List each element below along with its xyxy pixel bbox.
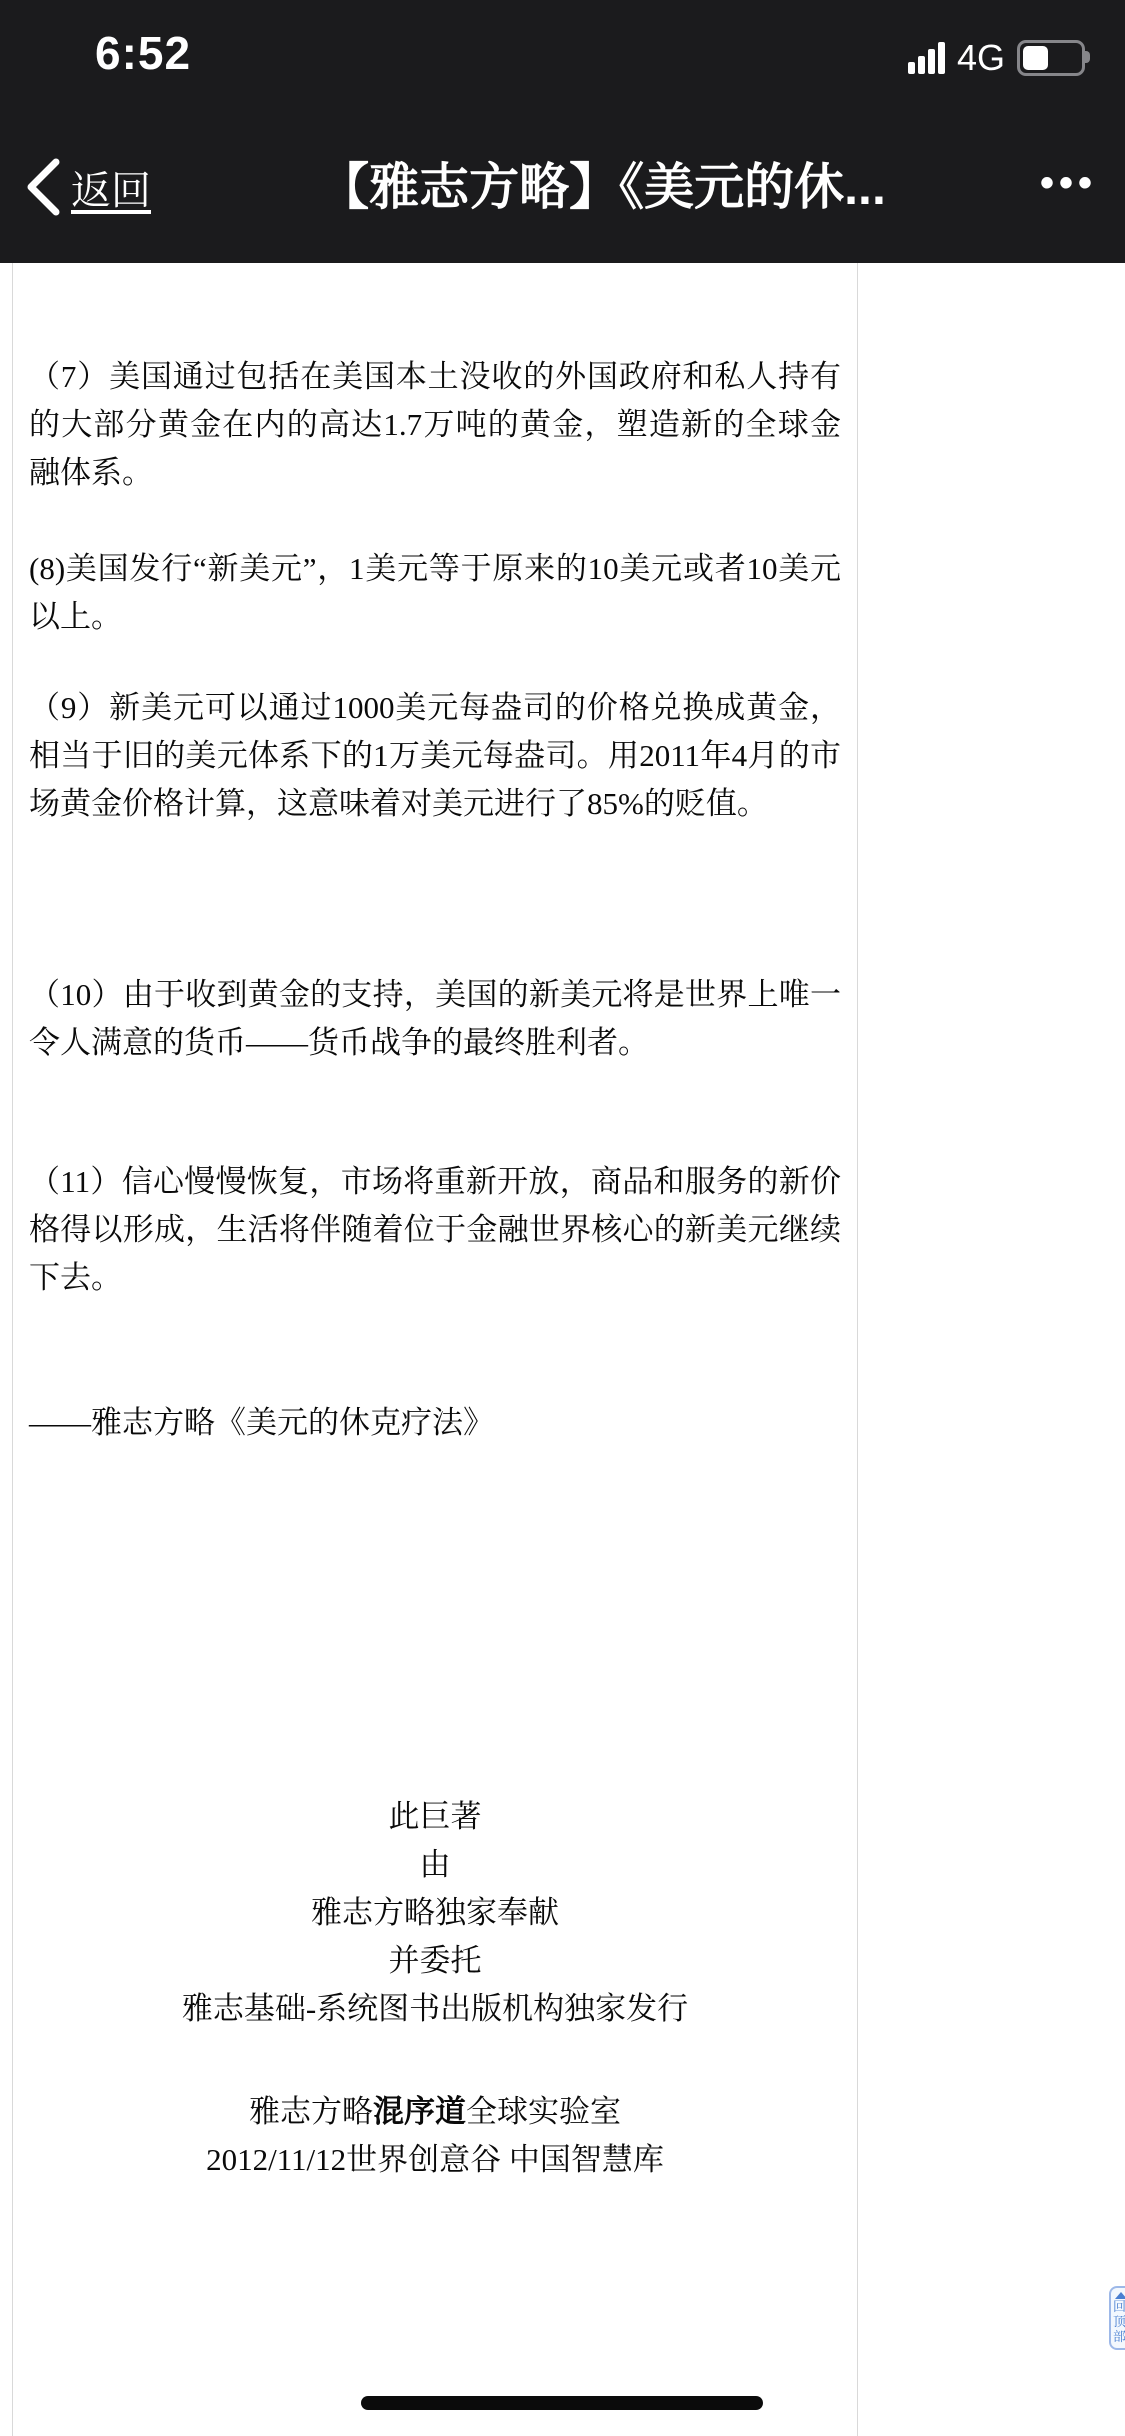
back-to-top-button[interactable]: 回顶部 xyxy=(1109,2286,1125,2350)
lab-line: 雅志方略混序道全球实验室 xyxy=(29,2088,841,2136)
battery-icon xyxy=(1017,40,1085,76)
iphone-screen: 6:52 4G 返回 【雅志方略】《美元的休... ••• （7）美国通过包括在… xyxy=(0,0,1125,2436)
signal-bar xyxy=(928,49,935,74)
signal-bar xyxy=(908,62,915,74)
signal-bar xyxy=(938,42,945,74)
lab-line-prefix: 雅志方略 xyxy=(249,2094,373,2129)
back-button-label: 返回 xyxy=(71,159,151,216)
network-type-label: 4G xyxy=(957,37,1005,79)
status-icons: 4G xyxy=(908,36,1085,80)
dedication-line: 并委托 xyxy=(29,1937,841,1985)
dedication-line: 此巨著 xyxy=(29,1793,841,1841)
signal-bar xyxy=(918,56,925,74)
header: 6:52 4G 返回 【雅志方略】《美元的休... ••• xyxy=(0,0,1125,263)
page-title: 【雅志方略】《美元的休... xyxy=(250,152,955,222)
cellular-signal-icon xyxy=(908,42,945,74)
paragraph-8: (8)美国发行“新美元”，1美元等于原来的10美元或者10美元以上。 xyxy=(29,545,841,641)
publisher-block: 雅志方略混序道全球实验室 2012/11/12世界创意谷 中国智慧库 xyxy=(29,2088,841,2184)
back-button[interactable]: 返回 xyxy=(25,152,151,222)
dedication-line: 雅志基础-系统图书出版机构独家发行 xyxy=(29,1985,841,2033)
dedication-line: 雅志方略独家奉献 xyxy=(29,1889,841,1937)
dedication-line: 由 xyxy=(29,1841,841,1889)
battery-nub xyxy=(1085,51,1090,63)
paragraph-10: （10）由于收到黄金的支持，美国的新美元将是世界上唯一令人满意的货币——货币战争… xyxy=(29,971,841,1067)
battery-fill xyxy=(1023,46,1048,70)
back-to-top-label: 回顶部 xyxy=(1113,2299,1125,2344)
status-time: 6:52 xyxy=(95,26,191,80)
lab-line-suffix: 全球实验室 xyxy=(466,2094,621,2129)
paragraph-11: （11）信心慢慢恢复，市场将重新开放，商品和服务的新价格得以形成，生活将伴随着位… xyxy=(29,1158,841,1302)
document-page[interactable]: （7）美国通过包括在美国本土没收的外国政府和私人持有的大部分黄金在内的高达1.7… xyxy=(12,263,858,2436)
paragraph-9: （9）新美元可以通过1000美元每盎司的价格兑换成黄金，相当于旧的美元体系下的1… xyxy=(29,684,841,828)
date-line: 2012/11/12世界创意谷 中国智慧库 xyxy=(29,2136,841,2184)
chevron-left-icon xyxy=(25,158,61,216)
attribution-line: ——雅志方略《美元的休克疗法》 xyxy=(29,1399,841,1447)
lab-line-bold: 混序道 xyxy=(373,2094,466,2129)
dedication-block: 此巨著 由 雅志方略独家奉献 并委托 雅志基础-系统图书出版机构独家发行 xyxy=(29,1793,841,2033)
home-indicator[interactable] xyxy=(361,2396,763,2410)
paragraph-7: （7）美国通过包括在美国本土没收的外国政府和私人持有的大部分黄金在内的高达1.7… xyxy=(29,353,841,497)
more-button[interactable]: ••• xyxy=(1040,148,1097,218)
arrow-up-icon xyxy=(1115,2292,1125,2299)
